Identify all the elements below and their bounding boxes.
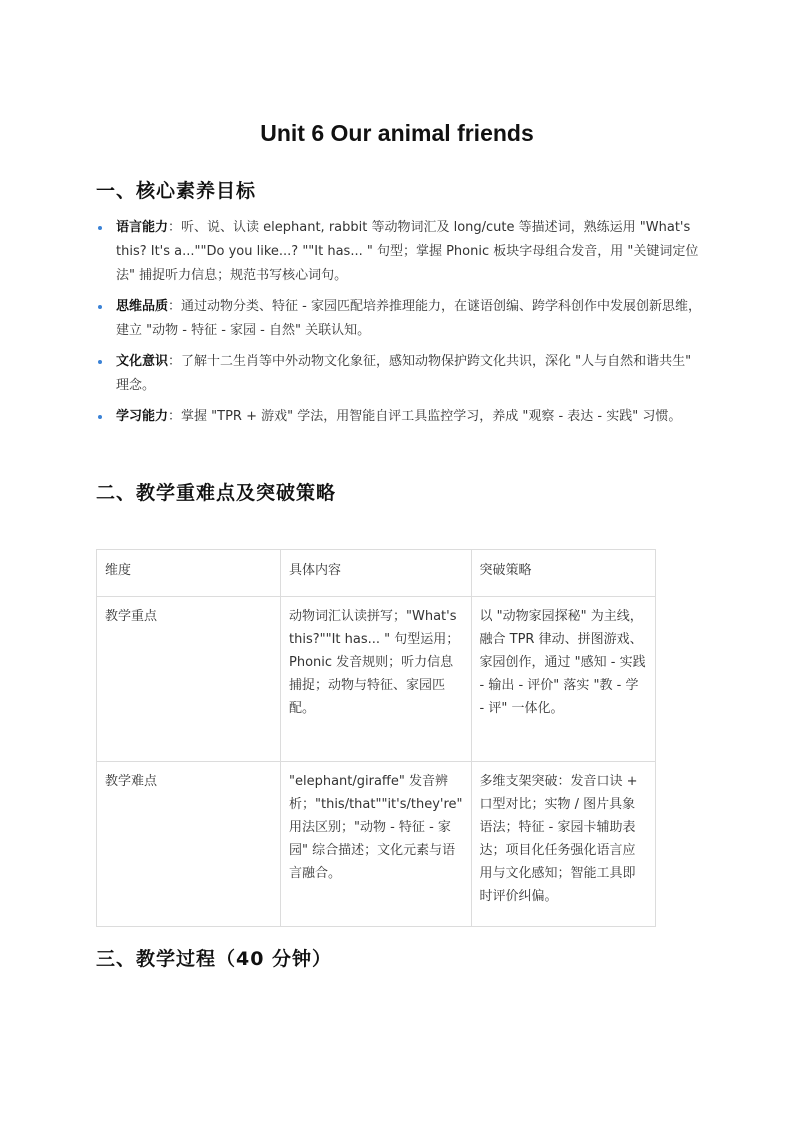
item-text: ：了解十二生肖等中外动物文化象征，感知动物保护跨文化共识，深化 "人与自然和谐共… xyxy=(116,354,691,393)
item-label: 文化意识 xyxy=(116,354,168,369)
table-header-cell: 具体内容 xyxy=(281,550,472,597)
goals-list: 语言能力：听、说、认读 elephant, rabbit 等动物词汇及 long… xyxy=(96,216,706,436)
key-points-table: 维度 具体内容 突破策略 教学重点 动物词汇认读拼写；"What's this?… xyxy=(96,549,656,927)
table-header-cell: 突破策略 xyxy=(471,550,655,597)
bullet-icon xyxy=(98,360,102,364)
section-heading-key-points: 二、教学重难点及突破策略 xyxy=(96,478,336,505)
item-text: ：掌握 "TPR + 游戏" 学法，用智能自评工具监控学习，养成 "观察 - 表… xyxy=(168,409,681,424)
item-label: 语言能力 xyxy=(116,220,168,235)
section-heading-goals: 一、核心素养目标 xyxy=(96,176,256,203)
table-cell: 多维支架突破：发音口诀 + 口型对比；实物 / 图片具象语法；特征 - 家园卡辅… xyxy=(471,762,655,927)
bullet-icon xyxy=(98,226,102,230)
table-cell: 以 "动物家园探秘" 为主线，融合 TPR 律动、拼图游戏、家园创作，通过 "感… xyxy=(471,597,655,762)
list-item: 思维品质：通过动物分类、特征 - 家园匹配培养推理能力，在谜语创编、跨学科创作中… xyxy=(96,295,706,343)
item-text: ：通过动物分类、特征 - 家园匹配培养推理能力，在谜语创编、跨学科创作中发展创新… xyxy=(116,299,701,338)
table-row: 教学重点 动物词汇认读拼写；"What's this?""It has... "… xyxy=(97,597,656,762)
table-cell: "elephant/giraffe" 发音辨析；"this/that""it's… xyxy=(281,762,472,927)
table-cell: 动物词汇认读拼写；"What's this?""It has... " 句型运用… xyxy=(281,597,472,762)
table-header-row: 维度 具体内容 突破策略 xyxy=(97,550,656,597)
item-text: ：听、说、认读 elephant, rabbit 等动物词汇及 long/cut… xyxy=(116,220,698,283)
section-heading-process: 三、教学过程（40 分钟） xyxy=(96,944,332,971)
table-header-cell: 维度 xyxy=(97,550,281,597)
table-row: 教学难点 "elephant/giraffe" 发音辨析；"this/that"… xyxy=(97,762,656,927)
bullet-icon xyxy=(98,415,102,419)
bullet-icon xyxy=(98,305,102,309)
list-item: 语言能力：听、说、认读 elephant, rabbit 等动物词汇及 long… xyxy=(96,216,706,288)
table-cell: 教学难点 xyxy=(97,762,281,927)
document-title: Unit 6 Our animal friends xyxy=(0,120,794,147)
list-item: 学习能力：掌握 "TPR + 游戏" 学法，用智能自评工具监控学习，养成 "观察… xyxy=(96,405,706,429)
list-item: 文化意识：了解十二生肖等中外动物文化象征，感知动物保护跨文化共识，深化 "人与自… xyxy=(96,350,706,398)
table-cell: 教学重点 xyxy=(97,597,281,762)
item-label: 思维品质 xyxy=(116,299,168,314)
item-label: 学习能力 xyxy=(116,409,168,424)
